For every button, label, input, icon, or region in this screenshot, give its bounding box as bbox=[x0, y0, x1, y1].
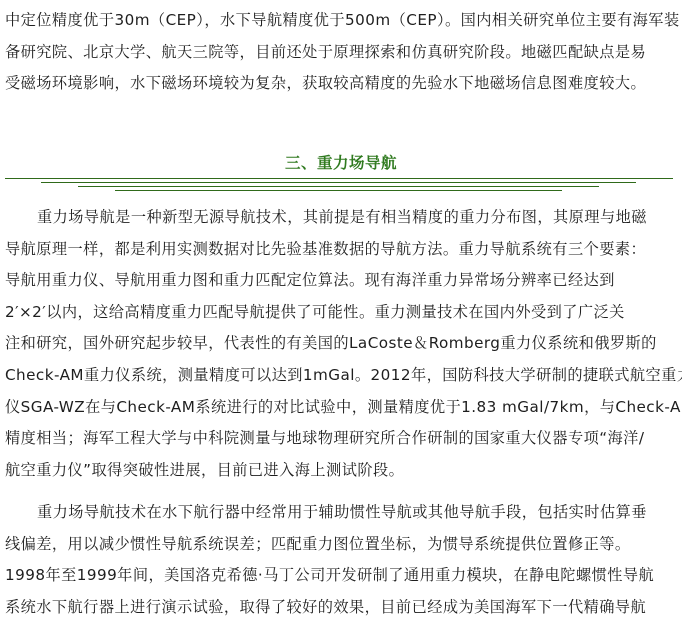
text-line: 导航原理一样，都是利用实测数据对比先验基准数据的导航方法。重力导航系统有三个要素… bbox=[5, 234, 677, 266]
text-line: 注和研究，国外研究起步较早，代表性的有美国的LaCoste＆Romberg重力仪… bbox=[5, 328, 677, 360]
text-line: 线偏差，用以减少惯性导航系统误差；匹配重力图位置坐标，为惯导系统提供位置修正等。 bbox=[5, 529, 677, 561]
paragraph-gravity-applications: 重力场导航技术在水下航行器中经常用于辅助惯性导航或其他导航手段，包括实时估算垂 … bbox=[5, 497, 677, 623]
text-line: 重力场导航是一种新型无源导航技术，其前提是有相当精度的重力分布图，其原理与地磁 bbox=[5, 202, 677, 234]
text-line: 精度相当；海军工程大学与中科院测量与地球物理研究所合作研制的国家重大仪器专项“海… bbox=[5, 423, 677, 455]
divider-rule bbox=[78, 186, 599, 187]
text-line: 重力场导航技术在水下航行器中经常用于辅助惯性导航或其他导航手段，包括实时估算垂 bbox=[5, 497, 677, 529]
intro-paragraph: 中定位精度优于30m（CEP），水下导航精度优于500m（CEP）。国内相关研究… bbox=[5, 5, 677, 100]
text-line: 受磁场环境影响，水下磁场环境较为复杂，获取较高精度的先验水下地磁场信息图难度较大… bbox=[5, 68, 677, 100]
divider-rule bbox=[5, 178, 673, 179]
text-line: 备研究院、北京大学、航天三院等，目前还处于原理探索和仿真研究阶段。地磁匹配缺点是… bbox=[5, 37, 677, 69]
text-line: 导航用重力仪、导航用重力图和重力匹配定位算法。现有海洋重力异常场分辨率已经达到 bbox=[5, 265, 677, 297]
text-line: 1998年至1999年间，美国洛克希德·马丁公司开发研制了通用重力模块，在静电陀… bbox=[5, 560, 677, 592]
text-line: 航空重力仪”取得突破性进展，目前已进入海上测试阶段。 bbox=[5, 455, 677, 487]
text-line: 中定位精度优于30m（CEP），水下导航精度优于500m（CEP）。国内相关研究… bbox=[5, 5, 677, 37]
text-line: Check-AM重力仪系统，测量精度可以达到1mGal。2012年，国防科技大学… bbox=[5, 360, 677, 392]
text-line: 2′×2′以内，这给高精度重力匹配导航提供了可能性。重力测量技术在国内外受到了广… bbox=[5, 297, 677, 329]
divider-rule bbox=[115, 190, 562, 191]
divider-rule bbox=[41, 182, 636, 183]
paragraph-gravity-intro: 重力场导航是一种新型无源导航技术，其前提是有相当精度的重力分布图，其原理与地磁 … bbox=[5, 202, 677, 486]
text-line: 系统水下航行器上进行演示试验，取得了较好的效果，目前已经成为美国海军下一代精确导… bbox=[5, 592, 677, 624]
section-heading: 三、重力场导航 bbox=[0, 150, 682, 176]
text-line: 仪SGA-WZ在与Check-AM系统进行的对比试验中，测量精度优于1.83 m… bbox=[5, 392, 677, 424]
